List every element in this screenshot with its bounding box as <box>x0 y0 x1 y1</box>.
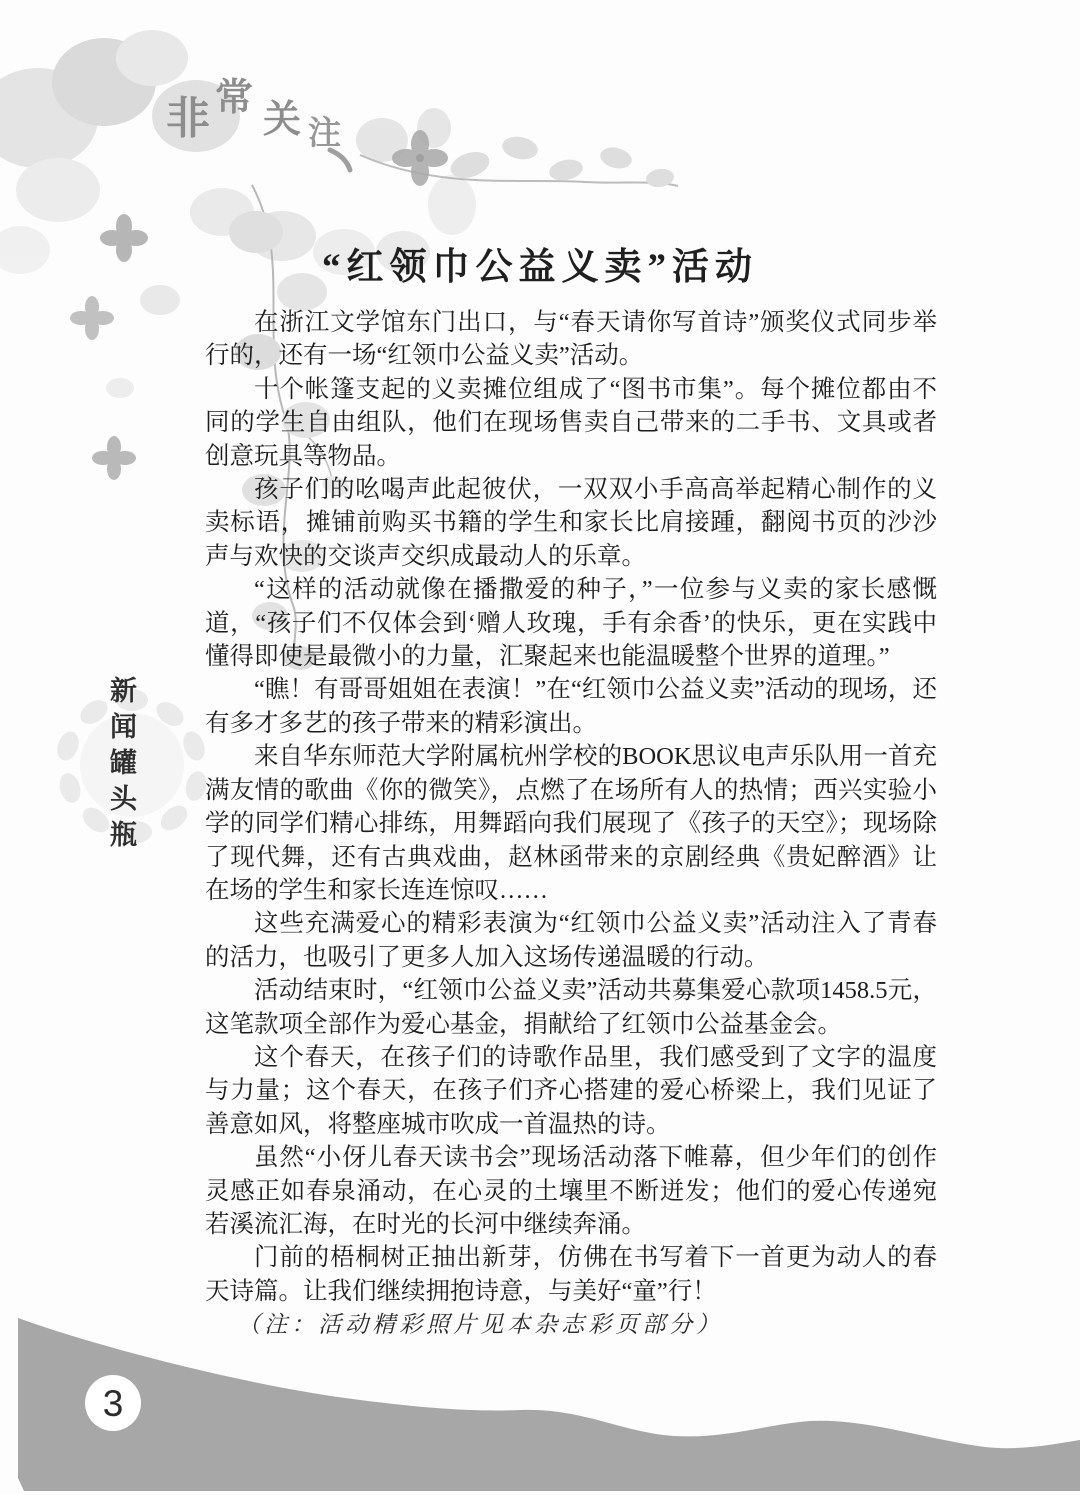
page-number: 3 <box>103 1383 124 1424</box>
paragraph: “瞧！有哥哥姐姐在表演！”在“红领巾公益义卖”活动的现场，还有多才多艺的孩子带来… <box>205 673 937 740</box>
section-logo-char-1: 非 <box>166 97 210 141</box>
section-logo-char-3: 关 <box>263 101 301 139</box>
paragraph: 门前的梧桐树正抽出新芽，仿佛在书写着下一首更为动人的春天诗篇。让我们继续拥抱诗意… <box>205 1241 937 1308</box>
paragraph: 在浙江文学馆东门出口，与“春天请你写首诗”颁奖仪式同步举行的，还有一场“红领巾公… <box>205 306 937 373</box>
article-title: “红领巾公益义卖”活动 <box>0 236 1080 290</box>
paragraph: 这些充满爱心的精彩表演为“红领巾公益义卖”活动注入了青春的活力，也吸引了更多人加… <box>205 907 937 974</box>
footer-wave: 3 <box>0 1300 1080 1495</box>
paragraph: 活动结束时，“红领巾公益义卖”活动共募集爱心款项1458.5元，这笔款项全部作为… <box>205 974 937 1041</box>
section-logo-char-2: 常 <box>215 79 253 117</box>
column-label: 新闻罐头瓶 <box>102 676 141 866</box>
article-body: 在浙江文学馆东门出口，与“春天请你写首诗”颁奖仪式同步举行的，还有一场“红领巾公… <box>205 306 937 1342</box>
paragraph: 虽然“小伢儿春天读书会”现场活动落下帷幕，但少年们的创作灵感正如春泉涌动，在心灵… <box>205 1141 937 1241</box>
magazine-page: 非 常 关 注 新闻罐头瓶 “红领巾公益义卖”活动 在浙江文学馆东门出口，与“春… <box>0 0 1080 1495</box>
paragraph: 孩子们的吆喝声此起彼伏，一双双小手高高举起精心制作的义卖标语，摊铺前购买书籍的学… <box>205 473 937 573</box>
paragraph: “这样的活动就像在播撒爱的种子，”一位参与义卖的家长感慨道，“孩子们不仅体会到‘… <box>205 573 937 673</box>
paragraph: 来自华东师范大学附属杭州学校的BOOK思议电声乐队用一首充满友情的歌曲《你的微笑… <box>205 740 937 907</box>
footer-wave-shape <box>18 1318 1080 1491</box>
paragraph: 十个帐篷支起的义卖摊位组成了“图书市集”。每个摊位都由不同的学生自由组队，他们在… <box>205 373 937 473</box>
paragraph: 这个春天，在孩子们的诗歌作品里，我们感受到了文字的温度与力量；这个春天，在孩子们… <box>205 1041 937 1141</box>
section-logo-char-4: 注 <box>308 116 341 149</box>
